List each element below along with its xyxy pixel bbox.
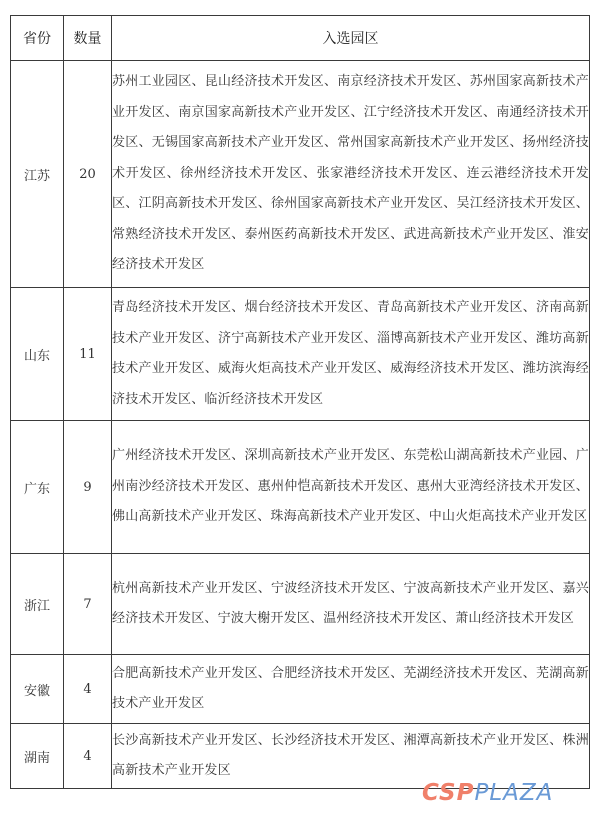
- header-parks: 入选园区: [112, 16, 590, 61]
- header-row: 省份 数量 入选园区: [11, 16, 590, 61]
- parks-cell: 广州经济技术开发区、深圳高新技术产业开发区、东莞松山湖高新技术产业园、广州南沙经…: [112, 421, 590, 554]
- count-cell: 7: [64, 554, 112, 655]
- table-row: 江苏 20 苏州工业园区、昆山经济技术开发区、南京经济技术开发区、苏州国家高新技…: [11, 61, 590, 288]
- count-cell: 4: [64, 724, 112, 789]
- parks-cell: 苏州工业园区、昆山经济技术开发区、南京经济技术开发区、苏州国家高新技术产业开发区…: [112, 61, 590, 288]
- header-count: 数量: [64, 16, 112, 61]
- count-cell: 20: [64, 61, 112, 288]
- province-cell: 安徽: [11, 655, 64, 724]
- province-cell: 江苏: [11, 61, 64, 288]
- header-province: 省份: [11, 16, 64, 61]
- watermark-part-csp: CSP: [422, 780, 474, 806]
- count-cell: 11: [64, 288, 112, 421]
- table-row: 安徽 4 合肥高新技术产业开发区、合肥经济技术开发区、芜湖经济技术开发区、芜湖高…: [11, 655, 590, 724]
- parks-cell: 杭州高新技术产业开发区、宁波经济技术开发区、宁波高新技术产业开发区、嘉兴经济技术…: [112, 554, 590, 655]
- table-row: 湖南 4 长沙高新技术产业开发区、长沙经济技术开发区、湘潭高新技术产业开发区、株…: [11, 724, 590, 789]
- industrial-parks-table: 省份 数量 入选园区 江苏 20 苏州工业园区、昆山经济技术开发区、南京经济技术…: [10, 15, 590, 789]
- parks-cell: 长沙高新技术产业开发区、长沙经济技术开发区、湘潭高新技术产业开发区、株洲高新技术…: [112, 724, 590, 789]
- count-cell: 9: [64, 421, 112, 554]
- province-cell: 山东: [11, 288, 64, 421]
- table-row: 广东 9 广州经济技术开发区、深圳高新技术产业开发区、东莞松山湖高新技术产业园、…: [11, 421, 590, 554]
- parks-cell: 青岛经济技术开发区、烟台经济技术开发区、青岛高新技术产业开发区、济南高新技术产业…: [112, 288, 590, 421]
- table-row: 浙江 7 杭州高新技术产业开发区、宁波经济技术开发区、宁波高新技术产业开发区、嘉…: [11, 554, 590, 655]
- province-cell: 湖南: [11, 724, 64, 789]
- count-cell: 4: [64, 655, 112, 724]
- province-cell: 浙江: [11, 554, 64, 655]
- watermark-logo: CSPPLAZA: [422, 780, 553, 806]
- parks-cell: 合肥高新技术产业开发区、合肥经济技术开发区、芜湖经济技术开发区、芜湖高新技术产业…: [112, 655, 590, 724]
- table-row: 山东 11 青岛经济技术开发区、烟台经济技术开发区、青岛高新技术产业开发区、济南…: [11, 288, 590, 421]
- province-cell: 广东: [11, 421, 64, 554]
- watermark-part-plaza: PLAZA: [474, 780, 553, 806]
